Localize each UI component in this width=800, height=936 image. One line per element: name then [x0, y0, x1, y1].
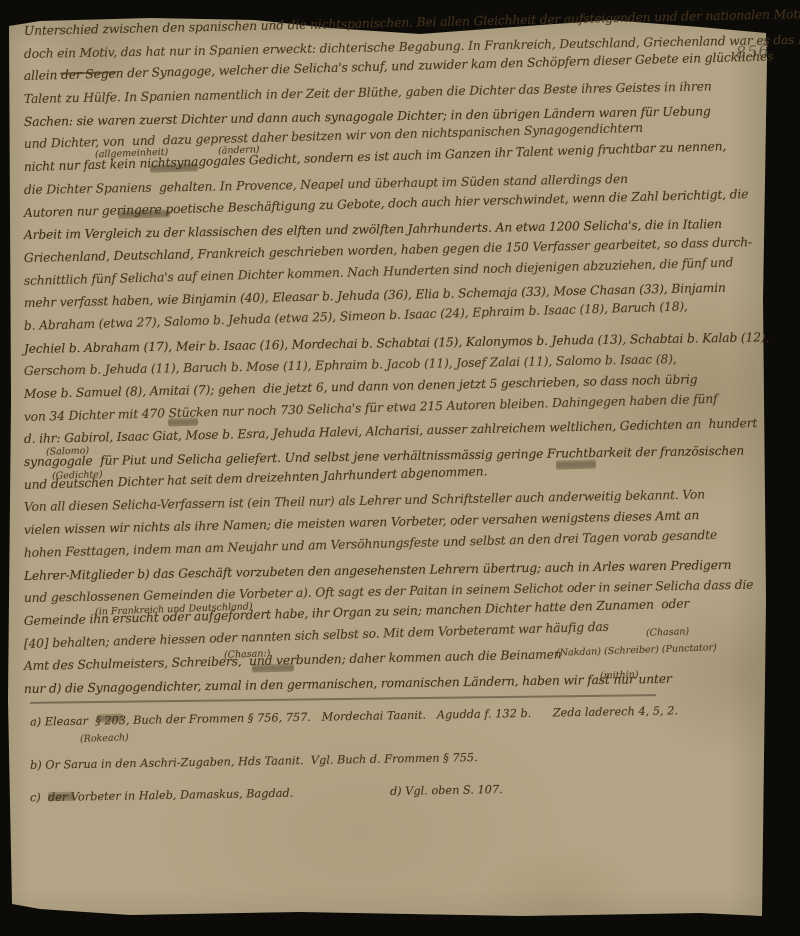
interlinear-insertion: (ändern) [218, 144, 260, 156]
strikethrough-scribble [168, 420, 198, 425]
interlinear-insertion: (Chasan) [646, 626, 689, 638]
interlinear-insertion: (mithin) [600, 669, 639, 681]
manuscript-scan: 856 Unterschied zwischen den spanischen … [0, 0, 800, 936]
interlinear-insertion: (Salomo) [46, 445, 89, 457]
interlinear-insertion: (Rokeach) [80, 732, 129, 745]
footnote-d: d) Vgl. oben S. 107. [390, 783, 503, 798]
interlinear-insertion: (Gedichte) [52, 469, 103, 482]
strikethrough-scribble [556, 461, 596, 467]
interlinear-insertion: (Chasan:) [224, 648, 271, 661]
handwritten-text-block: Unterschied zwischen den spanischen und … [24, 24, 764, 705]
